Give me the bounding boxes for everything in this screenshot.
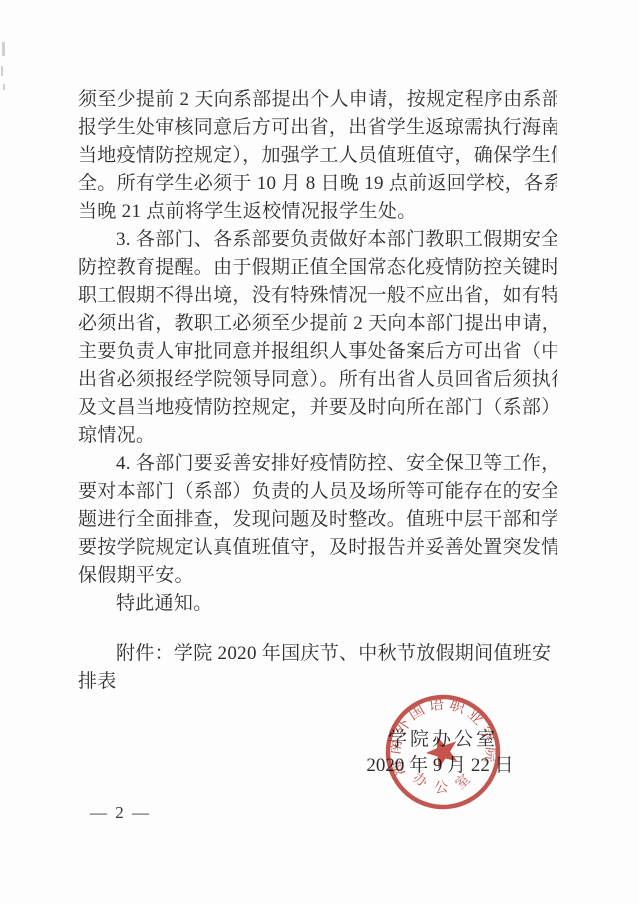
closing-line: 特此通知。: [78, 590, 557, 618]
page-number: — 2 —: [90, 803, 151, 823]
body-line: 报学生处审核同意后方可出省，出省学生返琼需执行海南及文昌: [78, 114, 557, 142]
body-line: 当晚 21 点前将学生返校情况报学生处。: [78, 198, 557, 226]
body-line: 题进行全面排查，发现问题及时整改。值班中层干部和学工人员: [78, 506, 557, 534]
scan-noise: [1, 66, 3, 76]
scan-noise: [2, 42, 5, 56]
body-line: 主要负责人审批同意并报组织人事处备案后方可出省（中层干部: [78, 338, 557, 366]
seal-bottom-text: 办公室: [409, 762, 484, 799]
body-line: 琼情况。: [78, 422, 557, 450]
body-line: 职工假期不得出境，没有特殊情况一般不应出省，如有特殊情况: [78, 282, 557, 310]
seal-ring-text: 海南外国语职业学院: [380, 689, 503, 778]
notice-body: 须至少提前 2 天向系部提出个人申请，按规定程序由系部审批并 报学生处审核同意后…: [78, 86, 557, 618]
body-line: 防控教育提醒。由于假期正值全国常态化疫情防控关键时期,教: [78, 254, 557, 282]
body-line: 保假期平安。: [78, 562, 557, 590]
body-line-item-3: 3. 各部门、各系部要负责做好本部门教职工假期安全及疫情: [78, 226, 557, 254]
scan-noise: [3, 84, 5, 90]
body-line: 出省必须报经学院领导同意）。所有出省人员回省后须执行海南: [78, 366, 557, 394]
body-line: 及文昌当地疫情防控规定，并要及时向所在部门（系部）报告返: [78, 394, 557, 422]
body-line: 当地疫情防控规定），加强学工人员值班值守，确保学生假期安: [78, 142, 557, 170]
body-line: 要按学院规定认真值班值守，及时报告并妥善处置突发情况，确: [78, 534, 557, 562]
body-line: 要对本部门（系部）负责的人员及场所等可能存在的安全隐患问: [78, 478, 557, 506]
body-line: 须至少提前 2 天向系部提出个人申请，按规定程序由系部审批并: [78, 86, 557, 114]
body-line: 全。所有学生必须于 10 月 8 日晚 19 点前返回学校，各系部要在: [78, 170, 557, 198]
official-seal: 海南外国语职业学院 办公室: [377, 686, 509, 818]
body-line: 必须出省，教职工必须至少提前 2 天向本部门提出申请，经部门: [78, 310, 557, 338]
scanned-notice-page: 须至少提前 2 天向系部提出个人申请，按规定程序由系部审批并 报学生处审核同意后…: [0, 0, 639, 904]
star-icon: [422, 730, 463, 770]
body-line-item-4: 4. 各部门要妥善安排好疫情防控、安全保卫等工作，放假前: [78, 450, 557, 478]
